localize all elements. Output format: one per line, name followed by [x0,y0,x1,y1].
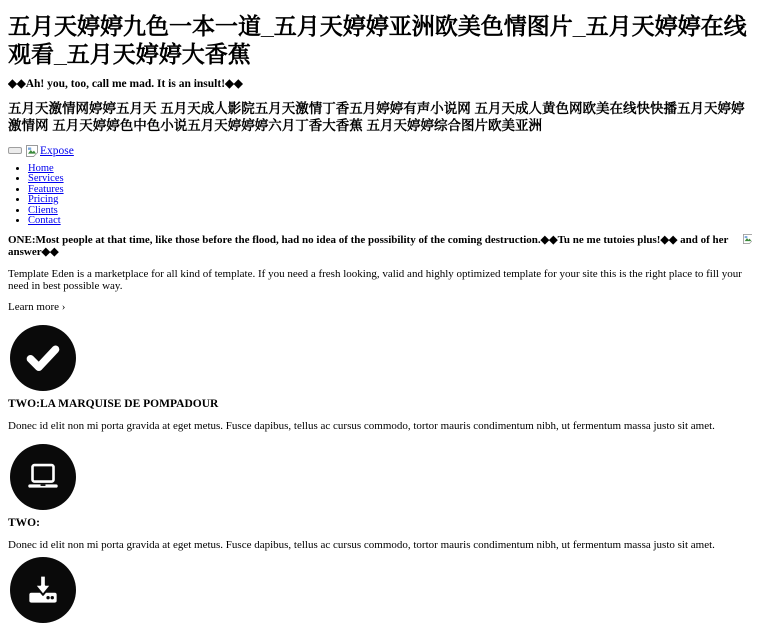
intro-lead-text: ONE:Most people at that time, like those… [8,234,728,258]
nav-item-home: Home [28,164,752,174]
nav-link-clients[interactable]: Clients [28,205,58,216]
nav-link-home[interactable]: Home [28,163,54,174]
nav-item-contact: Contact [28,216,752,226]
intro-lead: ONE:Most people at that time, like those… [8,234,752,258]
broken-image-icon [743,234,752,244]
page-title: 五月天婷婷九色一本一道_五月天婷婷亚洲欧美色情图片_五月天婷婷在线观看_五月天婷… [8,12,752,68]
nav-link-services[interactable]: Services [28,173,64,184]
laptop-icon [10,444,76,510]
nav-item-services: Services [28,174,752,184]
feature-check: TWO:LA MARQUISE DE POMPADOUR Donec id el… [8,325,752,432]
intro-description: Template Eden is a marketplace for all k… [8,268,752,292]
feature-text: Donec id elit non mi porta gravida at eg… [8,420,752,432]
nav-link-contact[interactable]: Contact [28,215,61,226]
feature-title: TWO:LA MARQUISE DE POMPADOUR [8,398,752,411]
feature-download [8,557,752,623]
nav-link-features[interactable]: Features [28,184,64,195]
nav-link-pricing[interactable]: Pricing [28,194,58,205]
navbar-header: Expose [8,144,752,157]
nav-list: Home Services Features Pricing Clients C… [8,164,752,226]
nav-item-features: Features [28,185,752,195]
feature-laptop: TWO: Donec id elit non mi porta gravida … [8,444,752,551]
learn-more-link[interactable]: Learn more › [8,301,752,313]
navbar-toggle-button[interactable] [8,147,22,154]
download-icon [10,557,76,623]
keywords-text: 五月天激情网婷婷五月天 五月天成人影院五月天激情丁香五月婷婷有声小说网 五月天成… [8,101,752,134]
feature-text: Donec id elit non mi porta gravida at eg… [8,539,752,551]
brand-label: Expose [40,145,74,157]
nav-item-pricing: Pricing [28,195,752,205]
brand-link[interactable]: Expose [26,145,74,157]
quote-line: ◆◆Ah! you, too, call me mad. It is an in… [8,78,752,91]
check-icon [10,325,76,391]
feature-title: TWO: [8,517,752,530]
broken-image-icon [26,145,38,157]
nav-item-clients: Clients [28,206,752,216]
